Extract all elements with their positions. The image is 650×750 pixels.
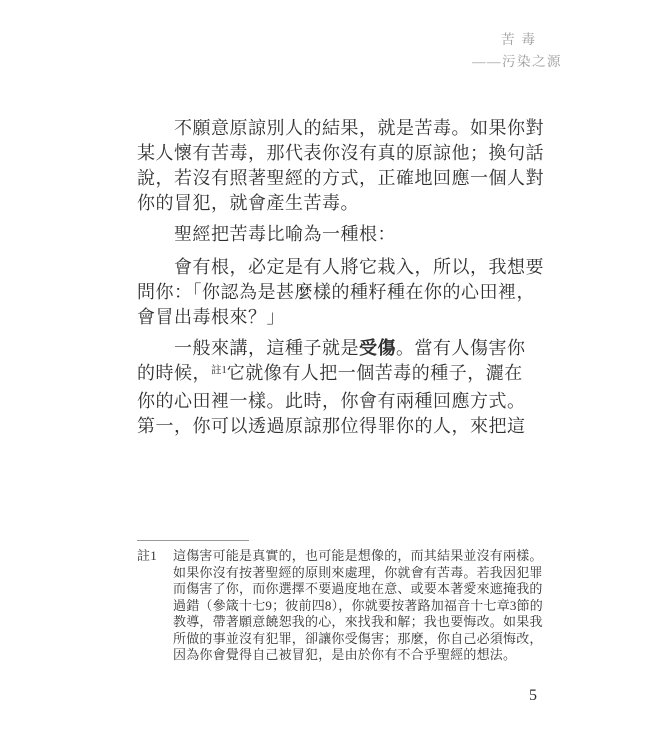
page-number: 5 [529,687,537,705]
footnote-line: 教導，帶著願意饒恕我的心，來找我和解；我也要悔改。如果我 [173,614,562,631]
main-text-block: 不願意原諒別人的結果，就是苦毒。如果你對 某人懷有苦毒，那代表你沒有真的原諒他；… [137,116,557,445]
text-run: 。當有人傷害你 [396,338,526,358]
text-line: 你的心田裡一樣。此時，你會有兩種回應方式。 [137,389,557,414]
text-line: 不願意原諒別人的結果，就是苦毒。如果你對 [137,116,557,141]
footnote-line: 所做的事並沒有犯罪，卻讓你受傷害；那麼，你自己必須悔改， [173,631,562,648]
text-line: 會冒出毒根來？」 [137,305,557,330]
footnote-label: 註1 [137,548,157,565]
text-run: 它就像有人把一個苦毒的種子，灑在 [227,363,523,383]
text-line: 的時候，註1它就像有人把一個苦毒的種子，灑在 [137,361,557,389]
text-line: 會有根，必定是有人將它栽入，所以，我想要 [137,255,557,280]
footnote-line: 因為你會覺得自己被冒犯，是由於你有不合乎聖經的想法。 [173,647,562,664]
chapter-title: 苦毒 [472,31,542,48]
footnote-body: 註1 這傷害可能是真實的，也可能是想像的，而其結果並沒有兩樣。 如果你沒有按著聖… [137,548,562,664]
book-page: 苦毒 ——污染之源 不願意原諒別人的結果，就是苦毒。如果你對 某人懷有苦毒，那代… [0,0,650,750]
footnote-line: 而傷害了你，而你選擇不要過度地在意、或要本著愛來遮掩我的 [173,581,562,598]
paragraph-2: 聖經把苦毒比喻為一種根： [137,222,557,247]
footnote-line: 如果你沒有按著聖經的原則來處理，你就會有苦毒。若我因犯罪 [173,565,562,582]
chapter-subtitle: ——污染之源 [472,53,562,70]
text-run: 的時候， [137,363,211,383]
running-head: 苦毒 ——污染之源 [472,31,562,70]
paragraph-3: 會有根，必定是有人將它栽入，所以，我想要 問你：「你認為是甚麼樣的種籽種在你的心… [137,255,557,330]
text-line: 說，若沒有照著聖經的方式，正確地回應一個人對 [137,166,557,191]
text-line: 第一，你可以透過原諒那位得罪你的人，來把這 [137,414,557,439]
paragraph-1: 不願意原諒別人的結果，就是苦毒。如果你對 某人懷有苦毒，那代表你沒有真的原諒他；… [137,116,557,216]
footnote-block: 註1 這傷害可能是真實的，也可能是想像的，而其結果並沒有兩樣。 如果你沒有按著聖… [137,540,562,664]
text-line: 問你：「你認為是甚麼樣的種籽種在你的心田裡， [137,280,557,305]
footnote-divider [137,540,249,541]
emphasized-term: 受傷 [359,338,396,358]
footnote-line: 過錯（參箴十七9；彼前四8），你就要按著路加福音十七章3節的 [173,598,562,615]
text-run: 一般來講，這種子就是 [174,338,359,358]
paragraph-4: 一般來講，這種子就是受傷。當有人傷害你 的時候，註1它就像有人把一個苦毒的種子，… [137,336,557,439]
text-line: 某人懷有苦毒，那代表你沒有真的原諒他；換句話 [137,141,557,166]
text-line: 一般來講，這種子就是受傷。當有人傷害你 [137,336,557,361]
text-line: 你的冒犯，就會產生苦毒。 [137,191,557,216]
footnote-reference: 註1 [211,365,227,376]
footnote-line: 這傷害可能是真實的，也可能是想像的，而其結果並沒有兩樣。 [173,548,562,565]
text-line: 聖經把苦毒比喻為一種根： [137,222,557,247]
